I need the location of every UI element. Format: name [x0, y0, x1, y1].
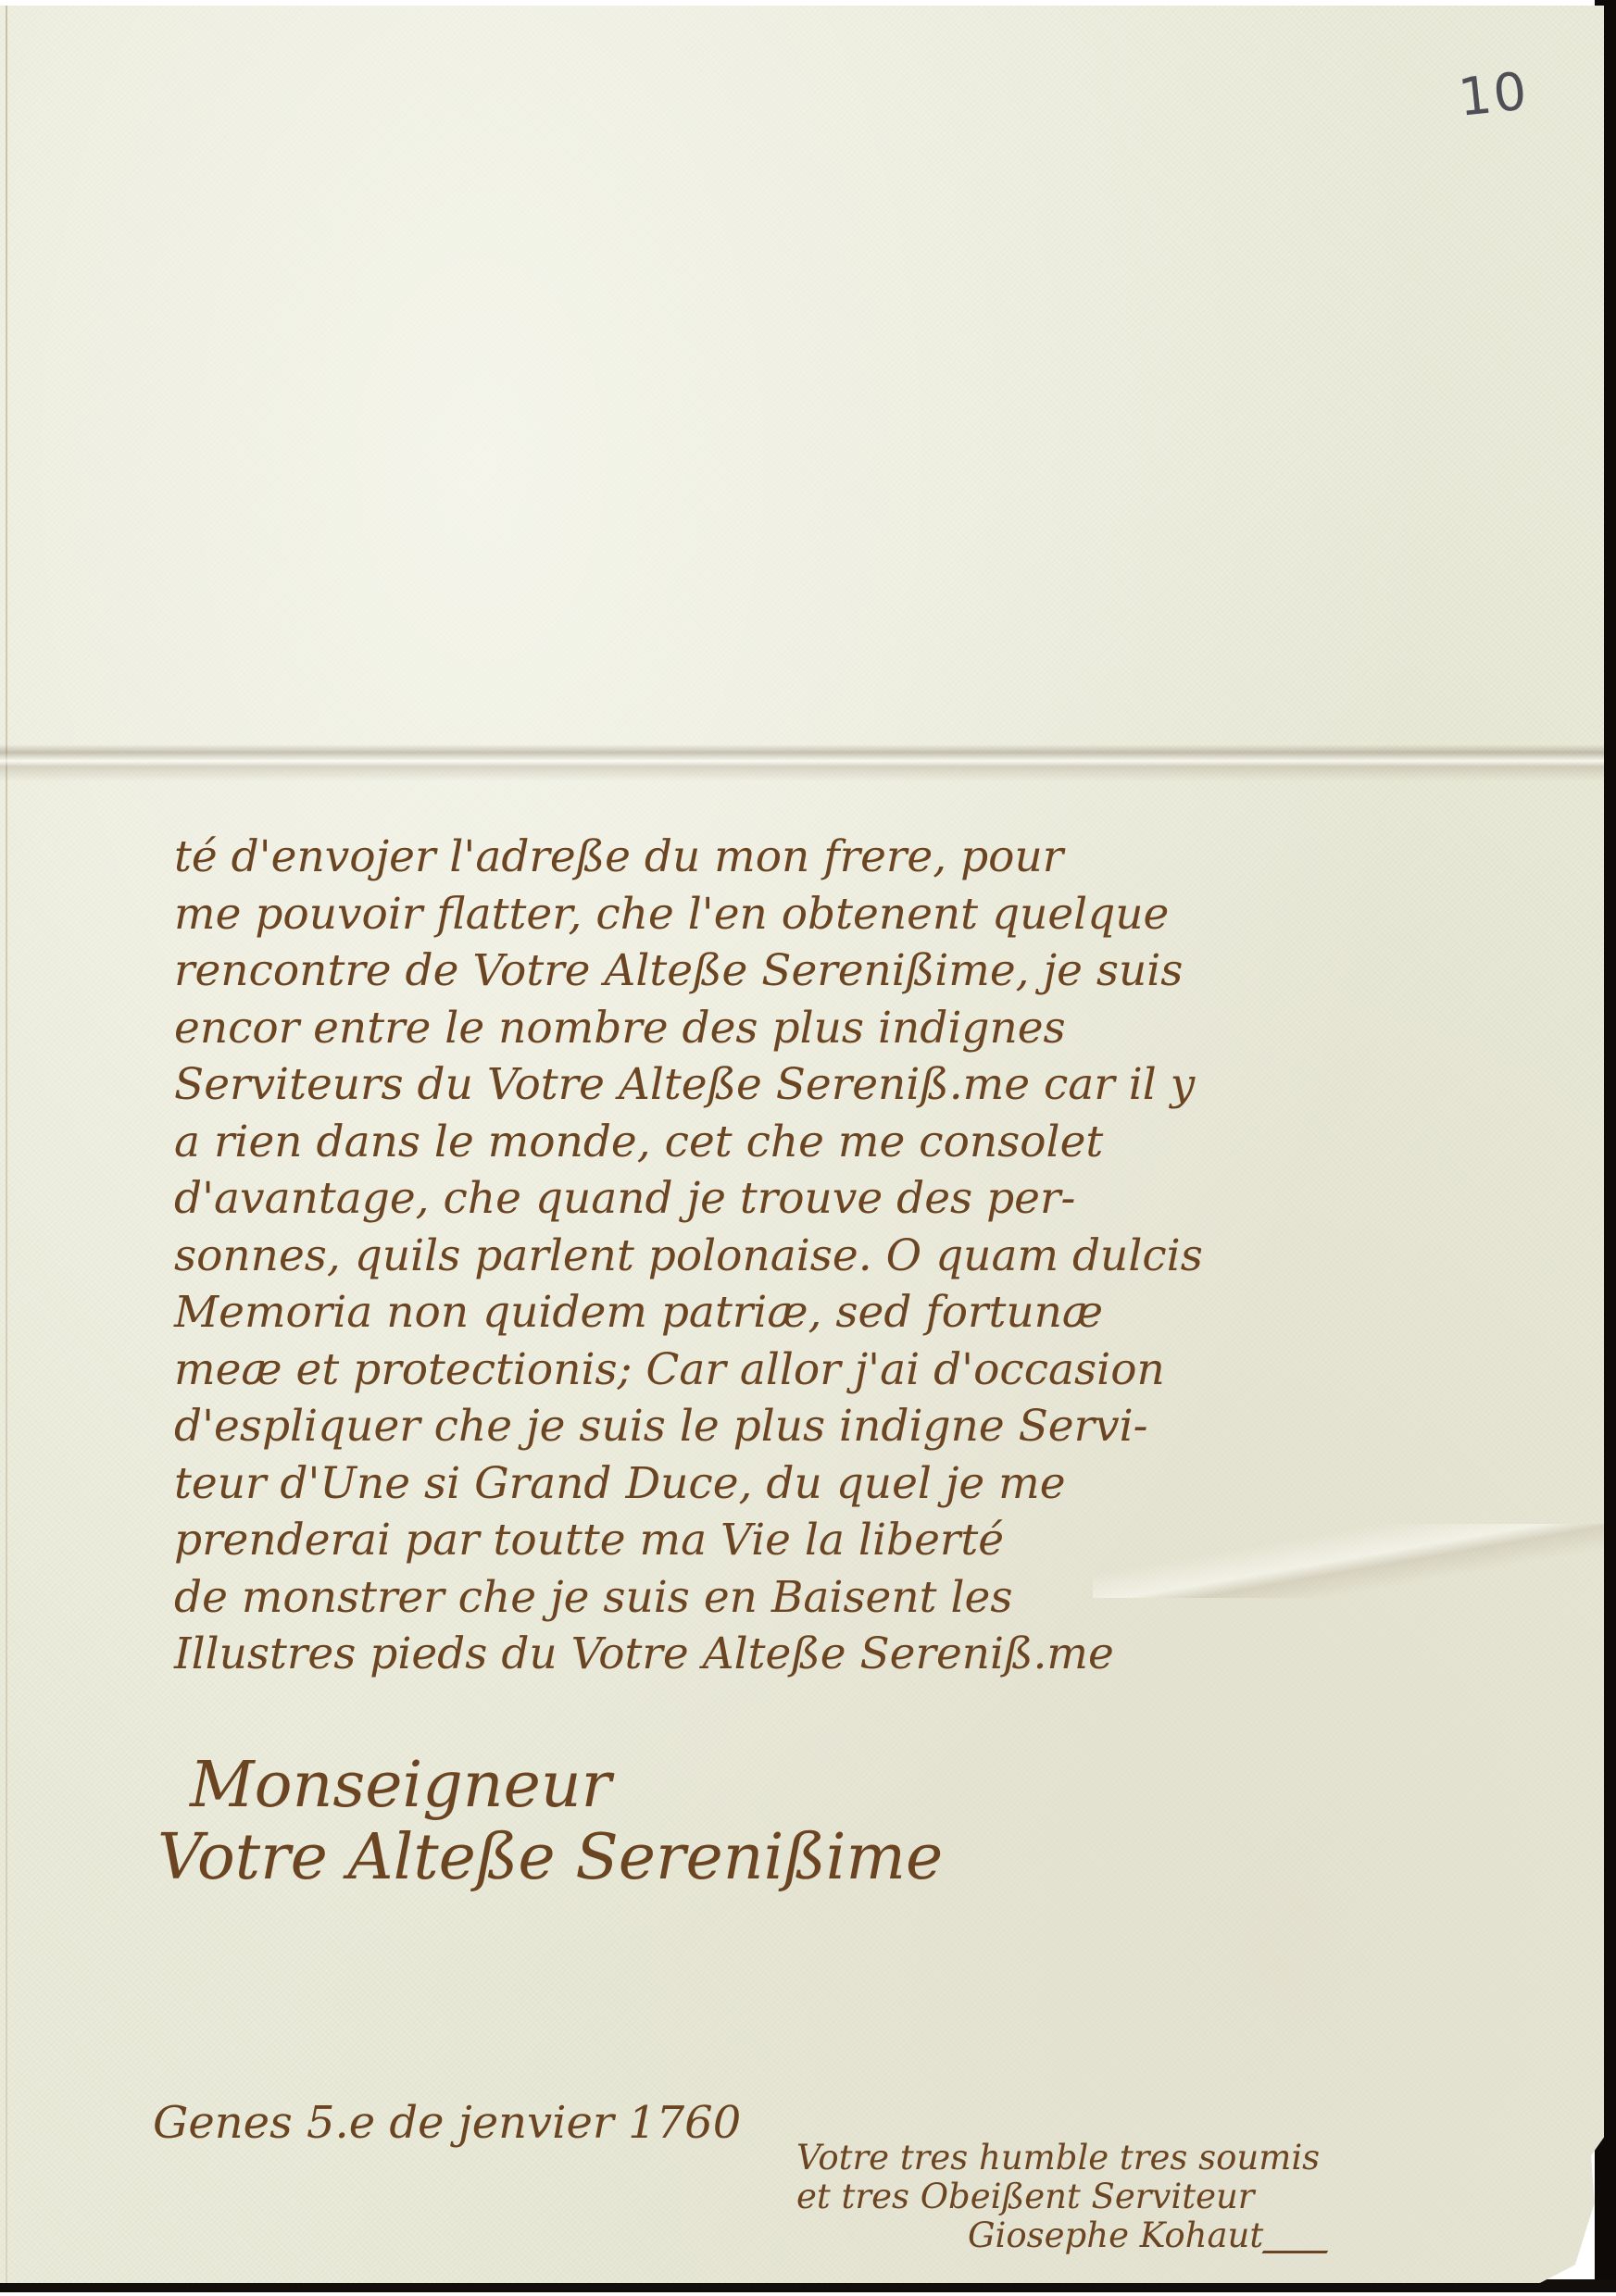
body-line: Memoria non quidem patriæ, sed fortunæ — [174, 1284, 1582, 1341]
body-line: té d'envojer l'adreße du mon frere, pour — [174, 829, 1582, 886]
signature-line: Giosephe Kohaut — [796, 2216, 1335, 2255]
body-line: de monstrer che je suis en Baisent les — [174, 1569, 1582, 1627]
body-line: a rien dans le monde, cet che me console… — [174, 1114, 1582, 1171]
body-line: encor entre le nombre des plus indignes — [174, 1000, 1582, 1057]
body-line: rencontre de Votre Alteße Serenißime, je… — [174, 942, 1582, 1000]
salutation: Monseigneur Votre Alteße Serenißime — [102, 1750, 943, 1894]
body-line: Serviteurs du Votre Alteße Sereniß.me ca… — [174, 1056, 1582, 1114]
paper-fold-crease — [0, 744, 1604, 781]
salutation-title: Monseigneur — [102, 1750, 943, 1822]
closing-line: et tres Obeißent Serviteur — [796, 2177, 1335, 2216]
body-line: sonnes, quils parlent polonaise. O quam … — [174, 1228, 1582, 1285]
body-line: teur d'Une si Grand Duce, du quel je me — [174, 1455, 1582, 1513]
binding-edge — [6, 6, 7, 2283]
signature-flourish-icon — [1262, 2223, 1345, 2253]
closing-block: Votre tres humble tres soumis et tres Ob… — [796, 2139, 1335, 2255]
body-line: me pouvoir flatter, che l'en obtenent qu… — [174, 886, 1582, 943]
signature: Giosephe Kohaut — [968, 2215, 1263, 2255]
folio-page-number: 10 — [1456, 61, 1532, 129]
letter-body: té d'envojer l'adreße du mon frere, pour… — [174, 829, 1582, 1683]
body-line: d'avantage, che quand je trouve des per- — [174, 1170, 1582, 1228]
body-line: prenderai par toutte ma Vie la liberté — [174, 1512, 1582, 1569]
body-line: meæ et protectionis; Car allor j'ai d'oc… — [174, 1341, 1582, 1399]
place-and-date: Genes 5.e de jenvier 1760 — [153, 2097, 741, 2149]
body-line: d'espliquer che je suis le plus indigne … — [174, 1398, 1582, 1455]
salutation-address: Votre Alteße Serenißime — [102, 1822, 943, 1894]
body-line: Illustres pieds du Votre Alteße Sereniß.… — [174, 1626, 1582, 1683]
closing-line: Votre tres humble tres soumis — [796, 2139, 1335, 2177]
